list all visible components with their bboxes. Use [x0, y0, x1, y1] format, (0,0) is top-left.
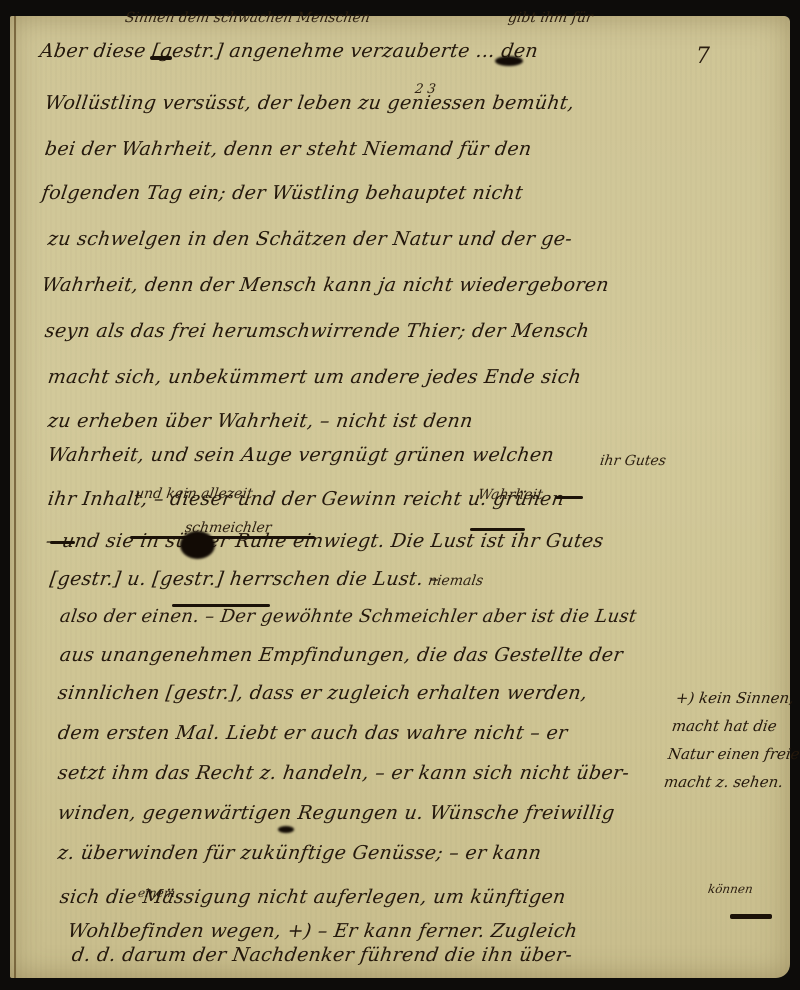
manuscript-line: dem ersten Mal. Liebt er auch das wahre …: [56, 722, 569, 744]
manuscript-line: folgenden Tag ein; der Wüstling behaupte…: [40, 182, 524, 204]
manuscript-line: Wohlbefinden wegen, +) – Er kann ferner.…: [66, 920, 578, 942]
strikethrough-mark: [730, 914, 772, 919]
ink-blot: [180, 531, 215, 559]
manuscript-line: – und sie in süsser Ruhe einwiegt. Die L…: [44, 530, 605, 552]
manuscript-line: aus unangenehmen Empfindungen, die das G…: [58, 644, 624, 666]
strikethrough-mark: [150, 56, 172, 60]
manuscript-page: 7 Sinnen dem schwachen Menschen gibt ihm…: [10, 16, 790, 978]
margin-note: +) kein Sinnen, macht hat die Natur eine…: [662, 684, 800, 796]
interlinear-note: gibt ihm für: [507, 10, 594, 26]
strikethrough-mark: [555, 496, 583, 499]
manuscript-line: Wahrheit, und sein Auge vergnügt grünen …: [46, 444, 555, 466]
manuscript-line: Wahrheit, denn der Mensch kann ja nicht …: [40, 274, 610, 296]
margin-note-line: macht z. sehen.: [662, 768, 791, 796]
manuscript-line: also der einen. – Der gewöhnte Schmeichl…: [59, 606, 639, 627]
ink-blot: [278, 826, 294, 833]
page-number: 7: [696, 44, 710, 69]
manuscript-line: d. d. darum der Nachdenker führend die i…: [70, 944, 573, 966]
manuscript-line: macht sich, unbekümmert um andere jedes …: [46, 366, 582, 388]
interlinear-note: können: [707, 882, 754, 896]
manuscript-line: setzt ihm das Recht z. handeln, – er kan…: [56, 762, 630, 784]
manuscript-line: seyn als das frei herumschwirrende Thier…: [43, 320, 590, 342]
manuscript-line: ihr Inhalt, – dieser und der Gewinn reic…: [46, 488, 565, 510]
manuscript-line: Aber diese [gestr.] angenehme verzaubert…: [38, 40, 539, 62]
manuscript-line: z. überwinden für zukünftige Genüsse; – …: [56, 842, 542, 864]
margin-note-line: macht hat die: [670, 712, 799, 740]
strikethrough-mark: [50, 541, 75, 544]
interlinear-note: Sinnen dem schwachen Menschen: [124, 10, 371, 26]
manuscript-line: winden, gegenwärtigen Regungen u. Wünsch…: [56, 802, 616, 824]
manuscript-line: sich die Mässigung nicht auferlegen, um …: [58, 886, 567, 908]
ink-blot: [495, 56, 523, 66]
manuscript-line: bei der Wahrheit, denn er steht Niemand …: [43, 138, 533, 160]
margin-note-line: Natur einen freier: [666, 740, 795, 768]
strikethrough-mark: [130, 536, 315, 539]
manuscript-line: sinnlichen [gestr.], dass er zugleich er…: [56, 682, 588, 704]
margin-note-line: +) kein Sinnen,: [674, 684, 800, 712]
strikethrough-mark: [470, 528, 525, 531]
manuscript-line: zu erheben über Wahrheit, – nicht ist de…: [46, 410, 474, 432]
manuscript-line: [gestr.] u. [gestr.] herrschen die Lust.…: [48, 568, 441, 590]
manuscript-line: zu schwelgen in den Schätzen der Natur u…: [46, 228, 573, 250]
interlinear-note: ihr Gutes: [599, 453, 667, 469]
strikethrough-mark: [172, 604, 270, 607]
manuscript-line: Wollüstling versüsst, der leben zu genie…: [43, 92, 575, 114]
binding-edge: [14, 16, 16, 978]
